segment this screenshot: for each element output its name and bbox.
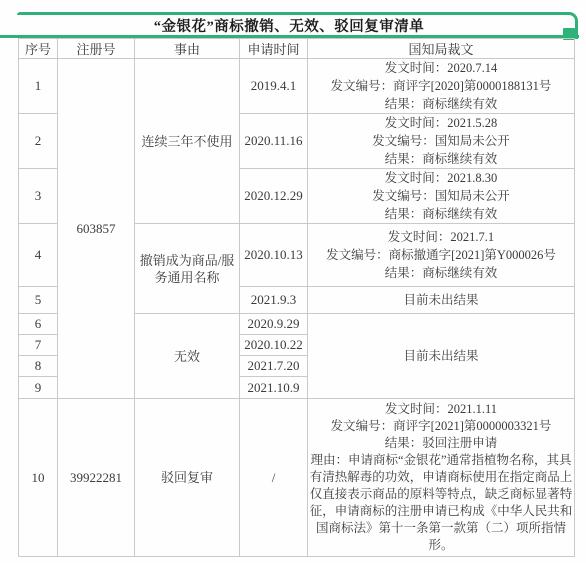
col-header-seq: 序号 [19, 39, 58, 59]
cell-apply-date: 2020.10.22 [240, 335, 308, 356]
cell-seq: 8 [19, 356, 58, 377]
table-row: 10 39922281 驳回复审 / 发文时间：2021.1.11 发文编号：商… [19, 399, 575, 557]
cell-seq: 7 [19, 335, 58, 356]
document-page: “金银花”商标撤销、无效、驳回复审清单 序号 注册号 事由 申请时间 国知局裁文… [0, 0, 586, 563]
cell-ruling: 发文时间：2020.7.14 发文编号：商评字[2020]第0000188131… [308, 59, 575, 114]
cell-apply-date: 2020.10.13 [240, 224, 308, 287]
cell-seq: 9 [19, 377, 58, 399]
table-row: 1 603857 连续三年不使用 2019.4.1 发文时间：2020.7.14… [19, 59, 575, 114]
col-header-cause: 事由 [135, 39, 240, 59]
cell-seq: 6 [19, 314, 58, 335]
col-header-reg-number: 注册号 [58, 39, 135, 59]
cell-cause: 无效 [135, 314, 240, 399]
cell-cause: 连续三年不使用 [135, 59, 240, 224]
trademark-review-table: 序号 注册号 事由 申请时间 国知局裁文 1 603857 连续三年不使用 20… [18, 38, 575, 557]
cell-apply-date: 2020.11.16 [240, 114, 308, 169]
cell-seq: 1 [19, 59, 58, 114]
cell-reg-number: 39922281 [58, 399, 135, 557]
cell-ruling: 发文时间：2021.1.11 发文编号：商评字[2021]第0000003321… [308, 399, 575, 557]
cell-seq: 5 [19, 287, 58, 314]
cell-cause: 撤销成为商品/服务通用名称 [135, 224, 240, 314]
cell-apply-date: 2021.9.3 [240, 287, 308, 314]
cell-seq: 2 [19, 114, 58, 169]
header-row: 序号 注册号 事由 申请时间 国知局裁文 [19, 39, 575, 59]
cell-ruling: 目前未出结果 [308, 287, 575, 314]
cell-cause: 驳回复审 [135, 399, 240, 557]
cell-ruling: 发文时间：2021.5.28 发文编号：国知局未公开 结果：商标继续有效 [308, 114, 575, 169]
table-title: “金银花”商标撤销、无效、驳回复审清单 [0, 14, 578, 36]
cell-ruling: 发文时间：2021.8.30 发文编号：国知局未公开 结果：商标继续有效 [308, 169, 575, 224]
cell-ruling: 目前未出结果 [308, 314, 575, 399]
cell-ruling: 发文时间：2021.7.1 发文编号：商标撤通字[2021]第Y000026号 … [308, 224, 575, 287]
cell-apply-date: 2019.4.1 [240, 59, 308, 114]
col-header-ruling: 国知局裁文 [308, 39, 575, 59]
cell-seq: 3 [19, 169, 58, 224]
cell-seq: 10 [19, 399, 58, 557]
cell-apply-date: 2021.10.9 [240, 377, 308, 399]
cell-apply-date: 2020.9.29 [240, 314, 308, 335]
col-header-apply-date: 申请时间 [240, 39, 308, 59]
cell-apply-date: 2020.12.29 [240, 169, 308, 224]
cell-apply-date: / [240, 399, 308, 557]
cell-reg-number: 603857 [58, 59, 135, 399]
cell-apply-date: 2021.7.20 [240, 356, 308, 377]
cell-seq: 4 [19, 224, 58, 287]
